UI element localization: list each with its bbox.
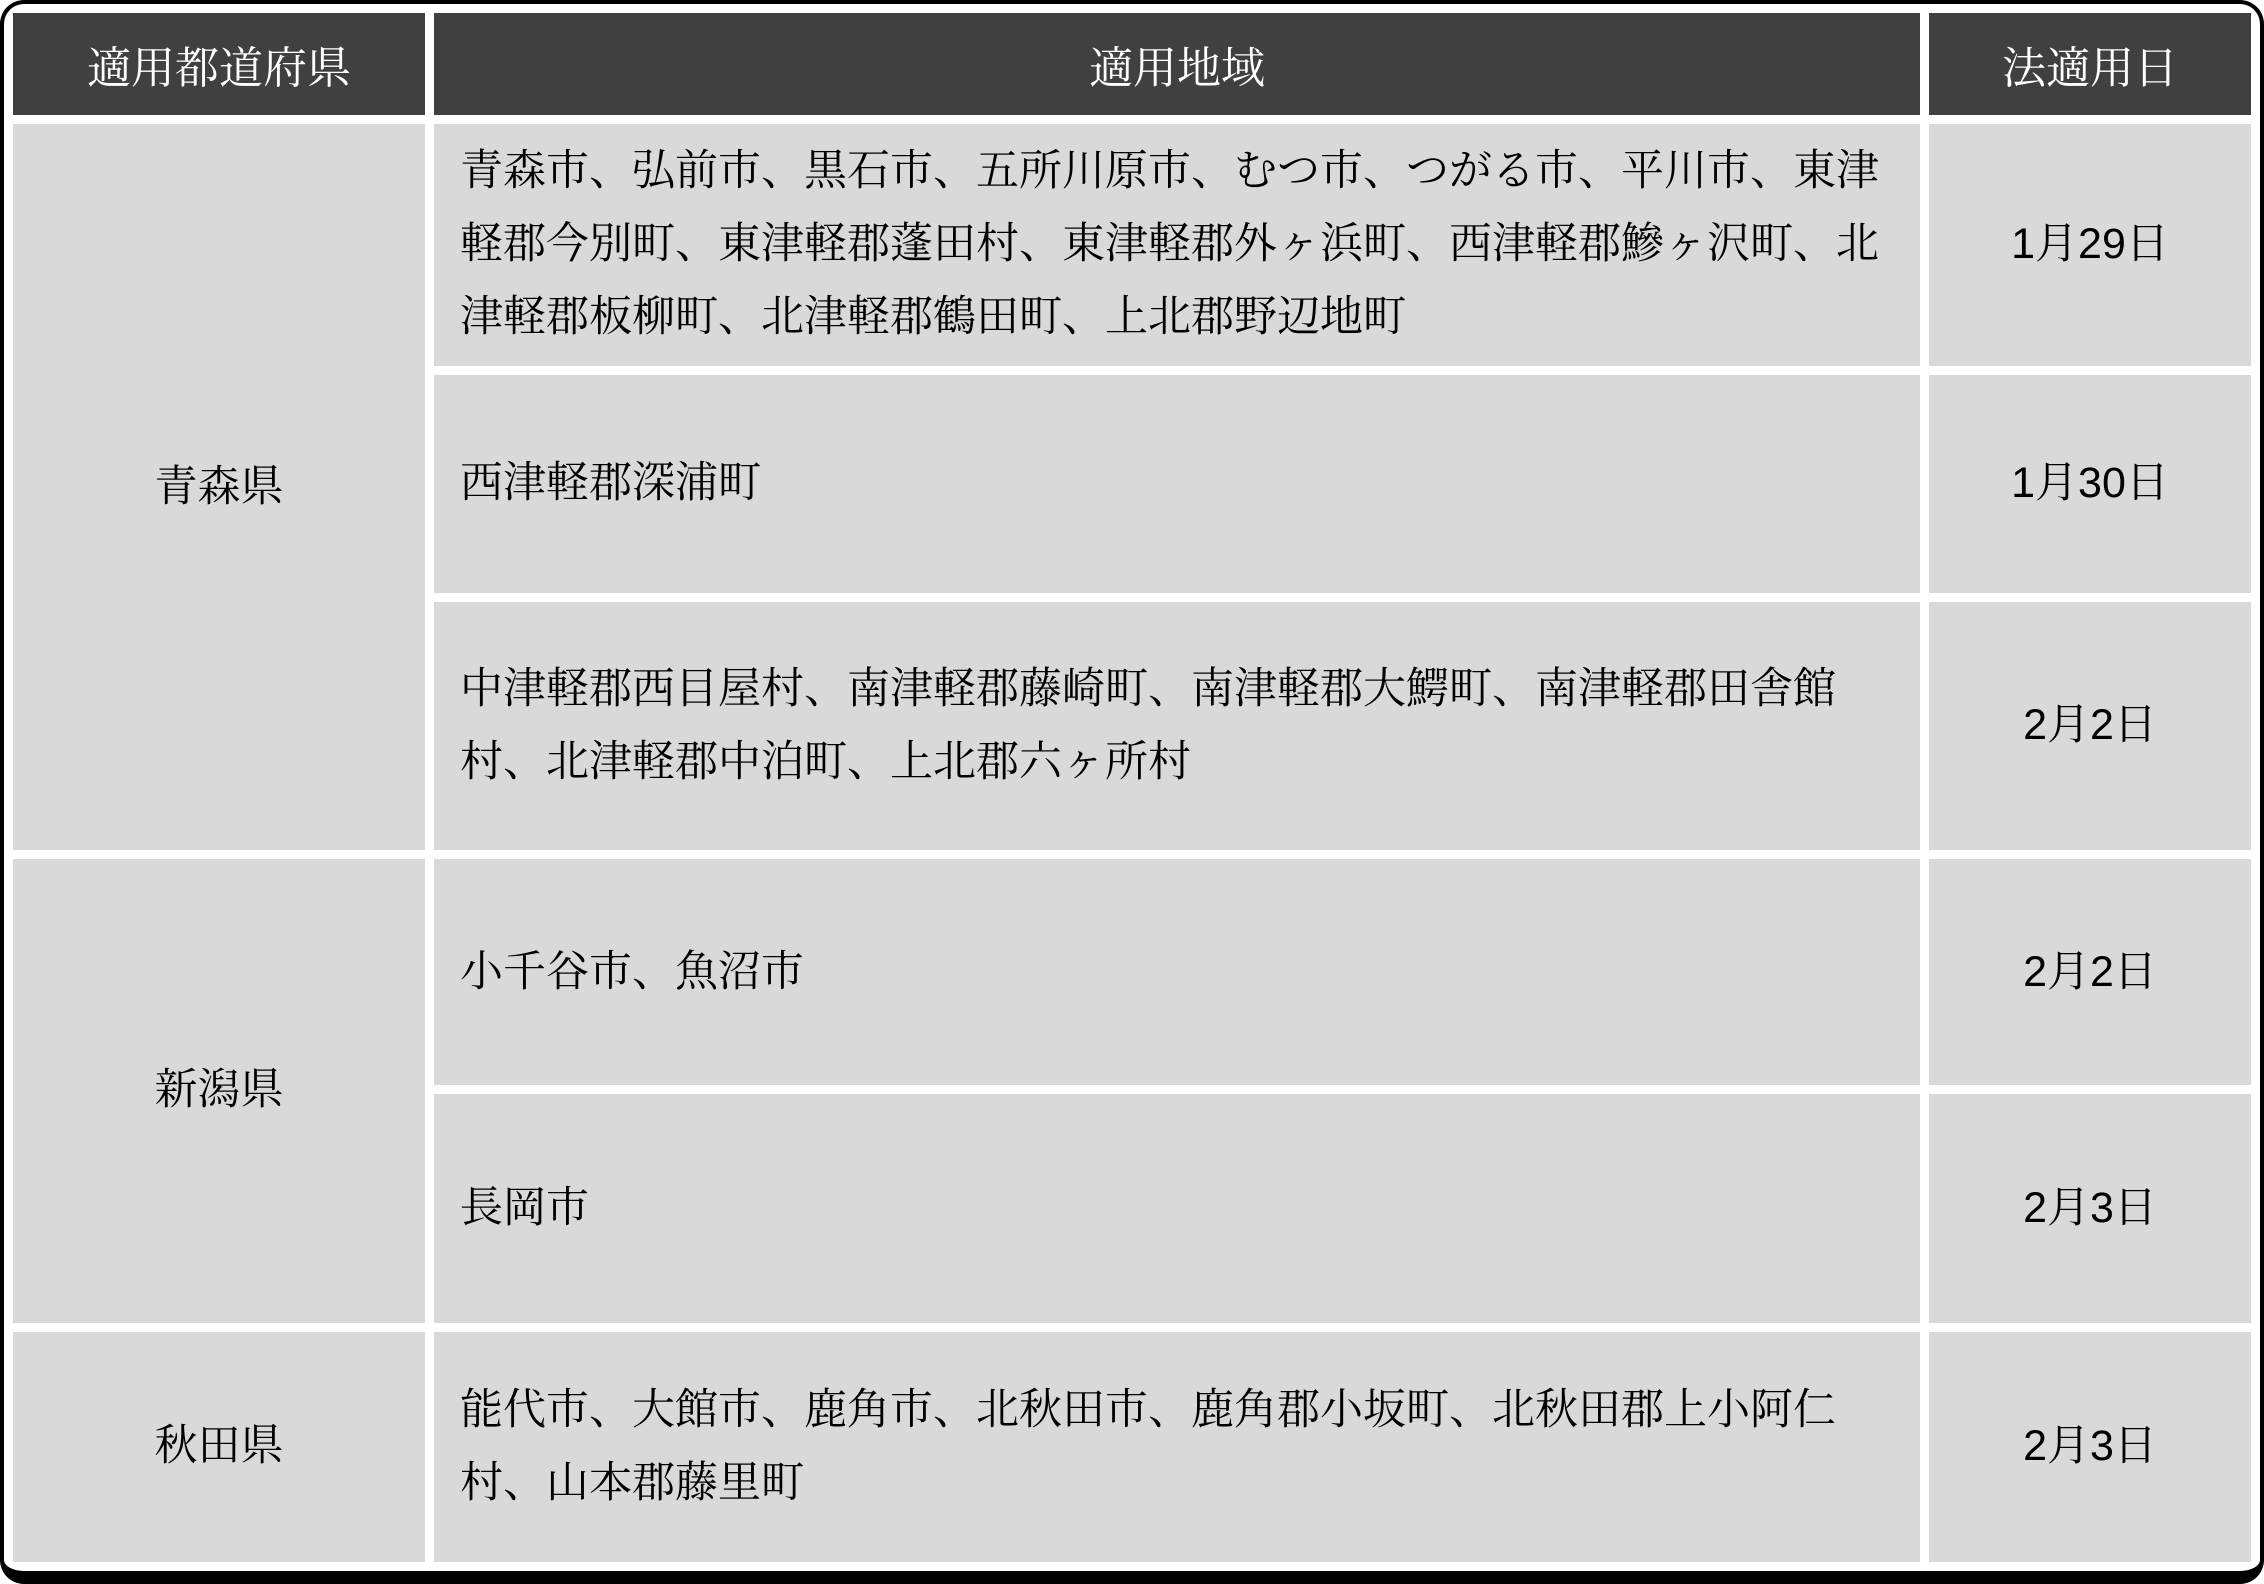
date-cell: 2月2日 (1929, 859, 2251, 1085)
column-header-prefecture: 適用都道府県 (13, 13, 425, 115)
table-row: 秋田県 能代市、大館市、鹿角市、北秋田市、鹿角郡小坂町、北秋田郡上小阿仁村、山本… (13, 1332, 2251, 1562)
date-cell: 1月30日 (1929, 375, 2251, 593)
region-cell: 能代市、大館市、鹿角市、北秋田市、鹿角郡小坂町、北秋田郡上小阿仁村、山本郡藤里町 (434, 1332, 1920, 1562)
column-header-application-date: 法適用日 (1929, 13, 2251, 115)
date-cell: 1月29日 (1929, 124, 2251, 366)
prefecture-cell-akita: 秋田県 (13, 1332, 425, 1562)
date-cell: 2月3日 (1929, 1094, 2251, 1322)
table-row: 青森県 青森市、弘前市、黒石市、五所川原市、むつ市、つがる市、平川市、東津軽郡今… (13, 124, 2251, 366)
date-cell: 2月3日 (1929, 1332, 2251, 1562)
column-header-region: 適用地域 (434, 13, 1920, 115)
region-cell: 青森市、弘前市、黒石市、五所川原市、むつ市、つがる市、平川市、東津軽郡今別町、東… (434, 124, 1920, 366)
region-cell: 長岡市 (434, 1094, 1920, 1322)
region-cell: 西津軽郡深浦町 (434, 375, 1920, 593)
table-frame: 適用都道府県 適用地域 法適用日 青森県 青森市、弘前市、黒石市、五所川原市、む… (0, 0, 2264, 1584)
region-cell: 中津軽郡西目屋村、南津軽郡藤崎町、南津軽郡大鰐町、南津軽郡田舎館村、北津軽郡中泊… (434, 602, 1920, 850)
date-cell: 2月2日 (1929, 602, 2251, 850)
region-cell: 小千谷市、魚沼市 (434, 859, 1920, 1085)
table-row: 新潟県 小千谷市、魚沼市 2月2日 (13, 859, 2251, 1085)
prefecture-cell-niigata: 新潟県 (13, 859, 425, 1322)
law-application-table: 適用都道府県 適用地域 法適用日 青森県 青森市、弘前市、黒石市、五所川原市、む… (4, 4, 2260, 1571)
header-row: 適用都道府県 適用地域 法適用日 (13, 13, 2251, 115)
page: 適用都道府県 適用地域 法適用日 青森県 青森市、弘前市、黒石市、五所川原市、む… (0, 0, 2264, 1584)
prefecture-cell-aomori: 青森県 (13, 124, 425, 850)
